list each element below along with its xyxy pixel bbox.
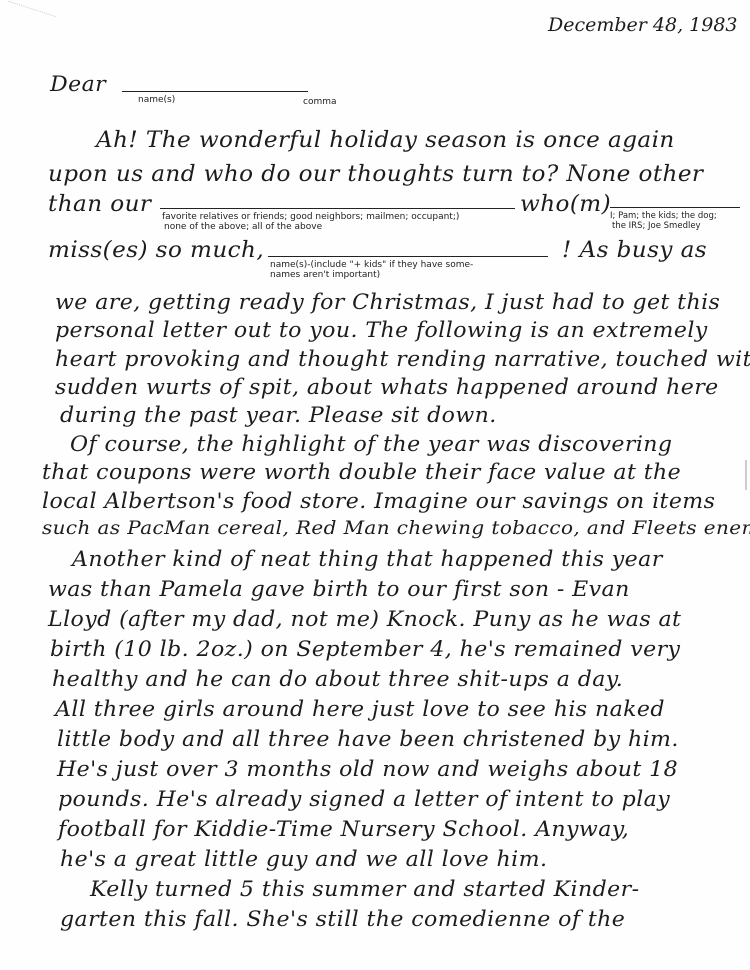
letter-line: local Albertson's food store. Imagine ou… <box>42 489 715 513</box>
letter-line: was than Pamela gave birth to our first … <box>48 577 630 601</box>
letter-line: pounds. He's already signed a letter of … <box>58 787 670 811</box>
letter-line: He's just over 3 months old now and weig… <box>57 757 678 781</box>
letter-line: than our <box>48 192 151 217</box>
letter-line: healthy and he can do about three shit-u… <box>52 667 623 691</box>
letter-line: ! As busy as <box>562 238 707 263</box>
letter-line: during the past year. Please sit down. <box>60 403 497 427</box>
letter-line: miss(es) so much, <box>48 238 264 263</box>
letter-line: little body and all three have been chri… <box>57 727 679 751</box>
scan-smudge <box>2 1 57 38</box>
name-blank[interactable] <box>122 91 308 92</box>
letter-page: December 48, 1983 Dear name(s) comma Ah!… <box>0 0 750 970</box>
names-caption: names aren't important) <box>270 270 380 281</box>
letter-line: who(m) <box>520 192 611 217</box>
scan-edge-mark <box>745 460 747 490</box>
letter-line: Another kind of neat thing that happened… <box>72 547 663 571</box>
who-blank[interactable] <box>610 207 740 208</box>
letter-line: that coupons were worth double their fac… <box>42 460 681 484</box>
recipients-caption: none of the above; all of the above <box>164 222 322 233</box>
letter-line: we are, getting ready for Christmas, I j… <box>55 290 720 314</box>
letter-line: heart provoking and thought rending narr… <box>55 347 750 371</box>
letter-line: Kelly turned 5 this summer and started K… <box>90 877 639 901</box>
letter-line: upon us and who do our thoughts turn to?… <box>48 162 703 187</box>
letter-line: Ah! The wonderful holiday season is once… <box>96 128 675 153</box>
comma-caption: comma <box>303 97 337 108</box>
letter-line: such as PacMan cereal, Red Man chewing t… <box>42 517 750 539</box>
who-caption: the IRS; Joe Smedley <box>612 221 701 232</box>
letter-line: birth (10 lb. 2oz.) on September 4, he's… <box>50 637 680 661</box>
letter-line: Of course, the highlight of the year was… <box>70 432 672 456</box>
letter-line: Lloyd (after my dad, not me) Knock. Puny… <box>48 607 681 631</box>
name-caption: name(s) <box>138 95 175 106</box>
letter-line: personal letter out to you. The followin… <box>55 318 708 342</box>
letter-line: garten this fall. She's still the comedi… <box>60 907 625 931</box>
salutation: Dear <box>50 72 106 96</box>
letter-line: All three girls around here just love to… <box>55 697 665 721</box>
letter-line: sudden wurts of spit, about whats happen… <box>55 375 719 399</box>
recipients-blank[interactable] <box>160 208 515 209</box>
letter-date: December 48, 1983 <box>548 14 738 36</box>
letter-line: he's a great little guy and we all love … <box>60 847 547 871</box>
letter-line: football for Kiddie-Time Nursery School.… <box>58 817 629 841</box>
names-blank[interactable] <box>268 256 548 257</box>
